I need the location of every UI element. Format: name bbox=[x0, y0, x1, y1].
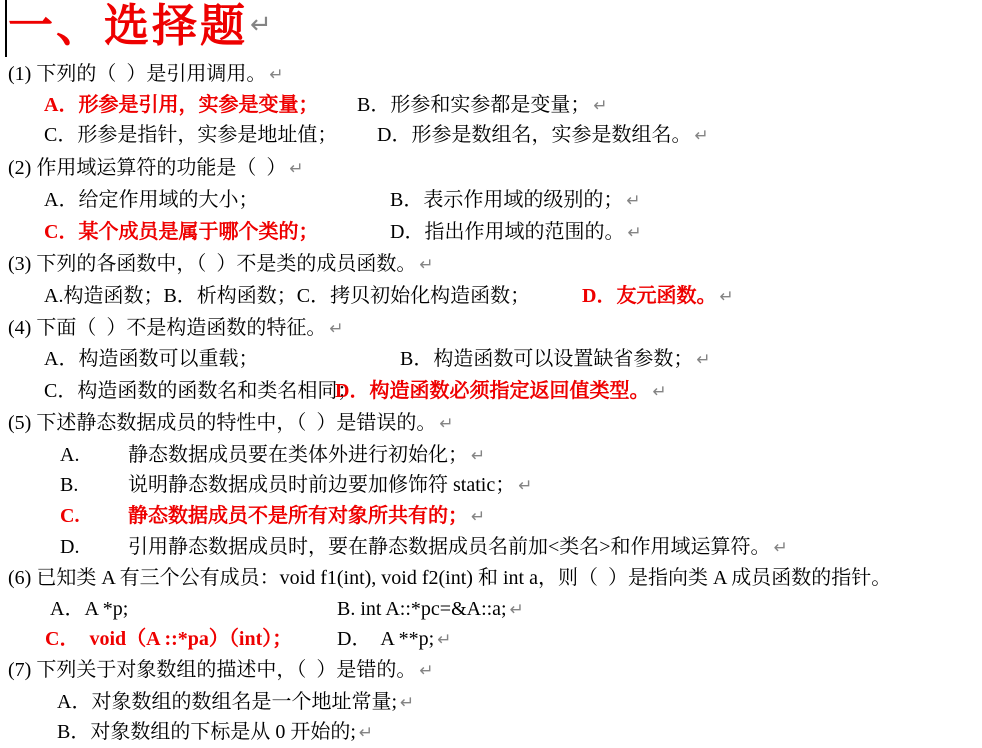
line-q2-prompt: (2) 作用域运算符的功能是（ ）↵ bbox=[0, 156, 982, 183]
line-q5-option-d: D.引用静态数据成员时，要在静态数据成员名前加<类名>和作用域运算符。↵ bbox=[0, 535, 982, 562]
text-segment: B．表示作用域的级别的；↵ bbox=[390, 188, 641, 213]
line-q4-prompt: (4) 下面（ ）不是构造函数的特征。↵ bbox=[0, 316, 982, 343]
text-segment: A．构造函数可以重载； bbox=[44, 347, 258, 371]
paragraph-mark: ↵ bbox=[624, 223, 641, 243]
section-title-text: 一、选择题 bbox=[8, 0, 248, 51]
paragraph-mark: ↵ bbox=[649, 382, 666, 402]
paragraph-mark: ↵ bbox=[623, 191, 640, 211]
answer-segment: C. bbox=[60, 504, 79, 528]
section-title: 一、选择题↵ bbox=[8, 0, 272, 52]
text-segment: B．构造函数可以设置缺省参数；↵ bbox=[400, 347, 711, 372]
answer-segment: A．形参是引用，实参是变量； bbox=[44, 93, 318, 117]
line-q5-option-c: C.静态数据成员不是所有对象所共有的；↵ bbox=[0, 504, 982, 531]
text-segment: 说明静态数据成员时前边要加修饰符 static；↵ bbox=[128, 473, 532, 498]
text-segment: B．对象数组的下标是从 0 开始的;↵ bbox=[57, 720, 373, 745]
text-segment: A．对象数组的数组名是一个地址常量;↵ bbox=[57, 690, 414, 715]
text-segment: (4) 下面（ ）不是构造函数的特征。↵ bbox=[8, 316, 344, 341]
text-segment: 静态数据成员要在类体外进行初始化；↵ bbox=[128, 443, 485, 468]
paragraph-mark: ↵ bbox=[416, 255, 433, 275]
line-q3-options: A.构造函数；B．析构函数；C．拷贝初始化构造函数；D．友元函数。↵ bbox=[0, 284, 982, 311]
paragraph-mark: ↵ bbox=[515, 476, 532, 496]
line-q1-options-cd: C．形参是指针，实参是地址值；D．形参是数组名，实参是数组名。↵ bbox=[0, 123, 982, 150]
answer-segment: 静态数据成员不是所有对象所共有的；↵ bbox=[128, 504, 485, 529]
text-segment: (5) 下述静态数据成员的特性中，（ ）是错误的。↵ bbox=[8, 411, 454, 436]
line-q3-prompt: (3) 下列的各函数中，（ ）不是类的成员函数。↵ bbox=[0, 252, 982, 279]
title-left-border bbox=[5, 0, 7, 57]
line-q1-prompt: (1) 下列的（ ）是引用调用。↵ bbox=[0, 62, 982, 89]
paragraph-mark: ↵ bbox=[771, 538, 788, 558]
paragraph-mark: ↵ bbox=[326, 319, 343, 339]
text-segment: (3) 下列的各函数中，（ ）不是类的成员函数。↵ bbox=[8, 252, 434, 277]
paragraph-mark: ↵ bbox=[468, 507, 485, 527]
text-segment: B. bbox=[60, 473, 78, 497]
text-segment: A. bbox=[60, 443, 79, 467]
line-q5-option-b: B.说明静态数据成员时前边要加修饰符 static；↵ bbox=[0, 473, 982, 500]
text-segment: 引用静态数据成员时，要在静态数据成员名前加<类名>和作用域运算符。↵ bbox=[128, 535, 788, 560]
text-segment: A.构造函数；B．析构函数；C．拷贝初始化构造函数； bbox=[44, 284, 530, 308]
text-segment: C．构造函数的函数名和类名相同； bbox=[44, 379, 357, 403]
paragraph-mark: ↵ bbox=[248, 10, 272, 40]
line-q7-option-a: A．对象数组的数组名是一个地址常量;↵ bbox=[0, 690, 982, 717]
answer-segment: C．某个成员是属于哪个类的； bbox=[44, 220, 318, 244]
line-q2-options-cd: C．某个成员是属于哪个类的；D．指出作用域的范围的。↵ bbox=[0, 220, 982, 247]
paragraph-mark: ↵ bbox=[286, 159, 303, 179]
text-segment: B．形参和实参都是变量；↵ bbox=[357, 93, 608, 118]
text-segment: (6) 已知类 A 有三个公有成员：void f1(int), void f2(… bbox=[8, 566, 891, 590]
paragraph-mark: ↵ bbox=[691, 126, 708, 146]
line-q5-option-a: A.静态数据成员要在类体外进行初始化；↵ bbox=[0, 443, 982, 470]
text-segment: A．给定作用域的大小； bbox=[44, 188, 258, 212]
paragraph-mark: ↵ bbox=[693, 350, 710, 370]
paragraph-mark: ↵ bbox=[507, 600, 524, 620]
text-segment: D．形参是数组名，实参是数组名。↵ bbox=[377, 123, 709, 148]
text-segment: C．形参是指针，实参是地址值； bbox=[44, 123, 337, 147]
answer-segment: D．友元函数。↵ bbox=[582, 284, 734, 309]
paragraph-mark: ↵ bbox=[266, 65, 283, 85]
paragraph-mark: ↵ bbox=[590, 96, 607, 116]
line-q4-options-ab: A．构造函数可以重载；B．构造函数可以设置缺省参数；↵ bbox=[0, 347, 982, 374]
line-q4-options-cd: C．构造函数的函数名和类名相同；D．构造函数必须指定返回值类型。↵ bbox=[0, 379, 982, 406]
line-q1-options-ab: A．形参是引用，实参是变量；B．形参和实参都是变量；↵ bbox=[0, 93, 982, 120]
paragraph-mark: ↵ bbox=[356, 723, 373, 743]
text-segment: D. bbox=[60, 535, 79, 559]
paragraph-mark: ↵ bbox=[434, 630, 451, 650]
document-page: 一、选择题↵ (1) 下列的（ ）是引用调用。↵A．形参是引用，实参是变量；B．… bbox=[0, 0, 982, 748]
answer-segment: D．构造函数必须指定返回值类型。↵ bbox=[335, 379, 667, 404]
text-segment: B. int A::*pc=&A::a;↵ bbox=[337, 597, 524, 622]
paragraph-mark: ↵ bbox=[436, 414, 453, 434]
paragraph-mark: ↵ bbox=[468, 446, 485, 466]
text-segment: D． A **p;↵ bbox=[337, 627, 452, 652]
line-q6-prompt: (6) 已知类 A 有三个公有成员：void f1(int), void f2(… bbox=[0, 566, 982, 593]
paragraph-mark: ↵ bbox=[716, 287, 733, 307]
paragraph-mark: ↵ bbox=[416, 661, 433, 681]
text-segment: A．A *p; bbox=[50, 597, 128, 621]
text-segment: (7) 下列关于对象数组的描述中，（ ）是错的。↵ bbox=[8, 658, 434, 683]
text-segment: D．指出作用域的范围的。↵ bbox=[390, 220, 642, 245]
answer-segment: C． void（A ::*pa）（int）； bbox=[45, 627, 292, 651]
line-q5-prompt: (5) 下述静态数据成员的特性中，（ ）是错误的。↵ bbox=[0, 411, 982, 438]
line-q2-options-ab: A．给定作用域的大小；B．表示作用域的级别的；↵ bbox=[0, 188, 982, 215]
line-q6-options-ab: A．A *p;B. int A::*pc=&A::a;↵ bbox=[0, 597, 982, 624]
text-segment: (2) 作用域运算符的功能是（ ）↵ bbox=[8, 156, 304, 181]
paragraph-mark: ↵ bbox=[397, 693, 414, 713]
line-q6-options-cd: C． void（A ::*pa）（int）；D． A **p;↵ bbox=[0, 627, 982, 654]
line-q7-option-b: B．对象数组的下标是从 0 开始的;↵ bbox=[0, 720, 982, 747]
text-segment: (1) 下列的（ ）是引用调用。↵ bbox=[8, 62, 284, 87]
line-q7-prompt: (7) 下列关于对象数组的描述中，（ ）是错的。↵ bbox=[0, 658, 982, 685]
